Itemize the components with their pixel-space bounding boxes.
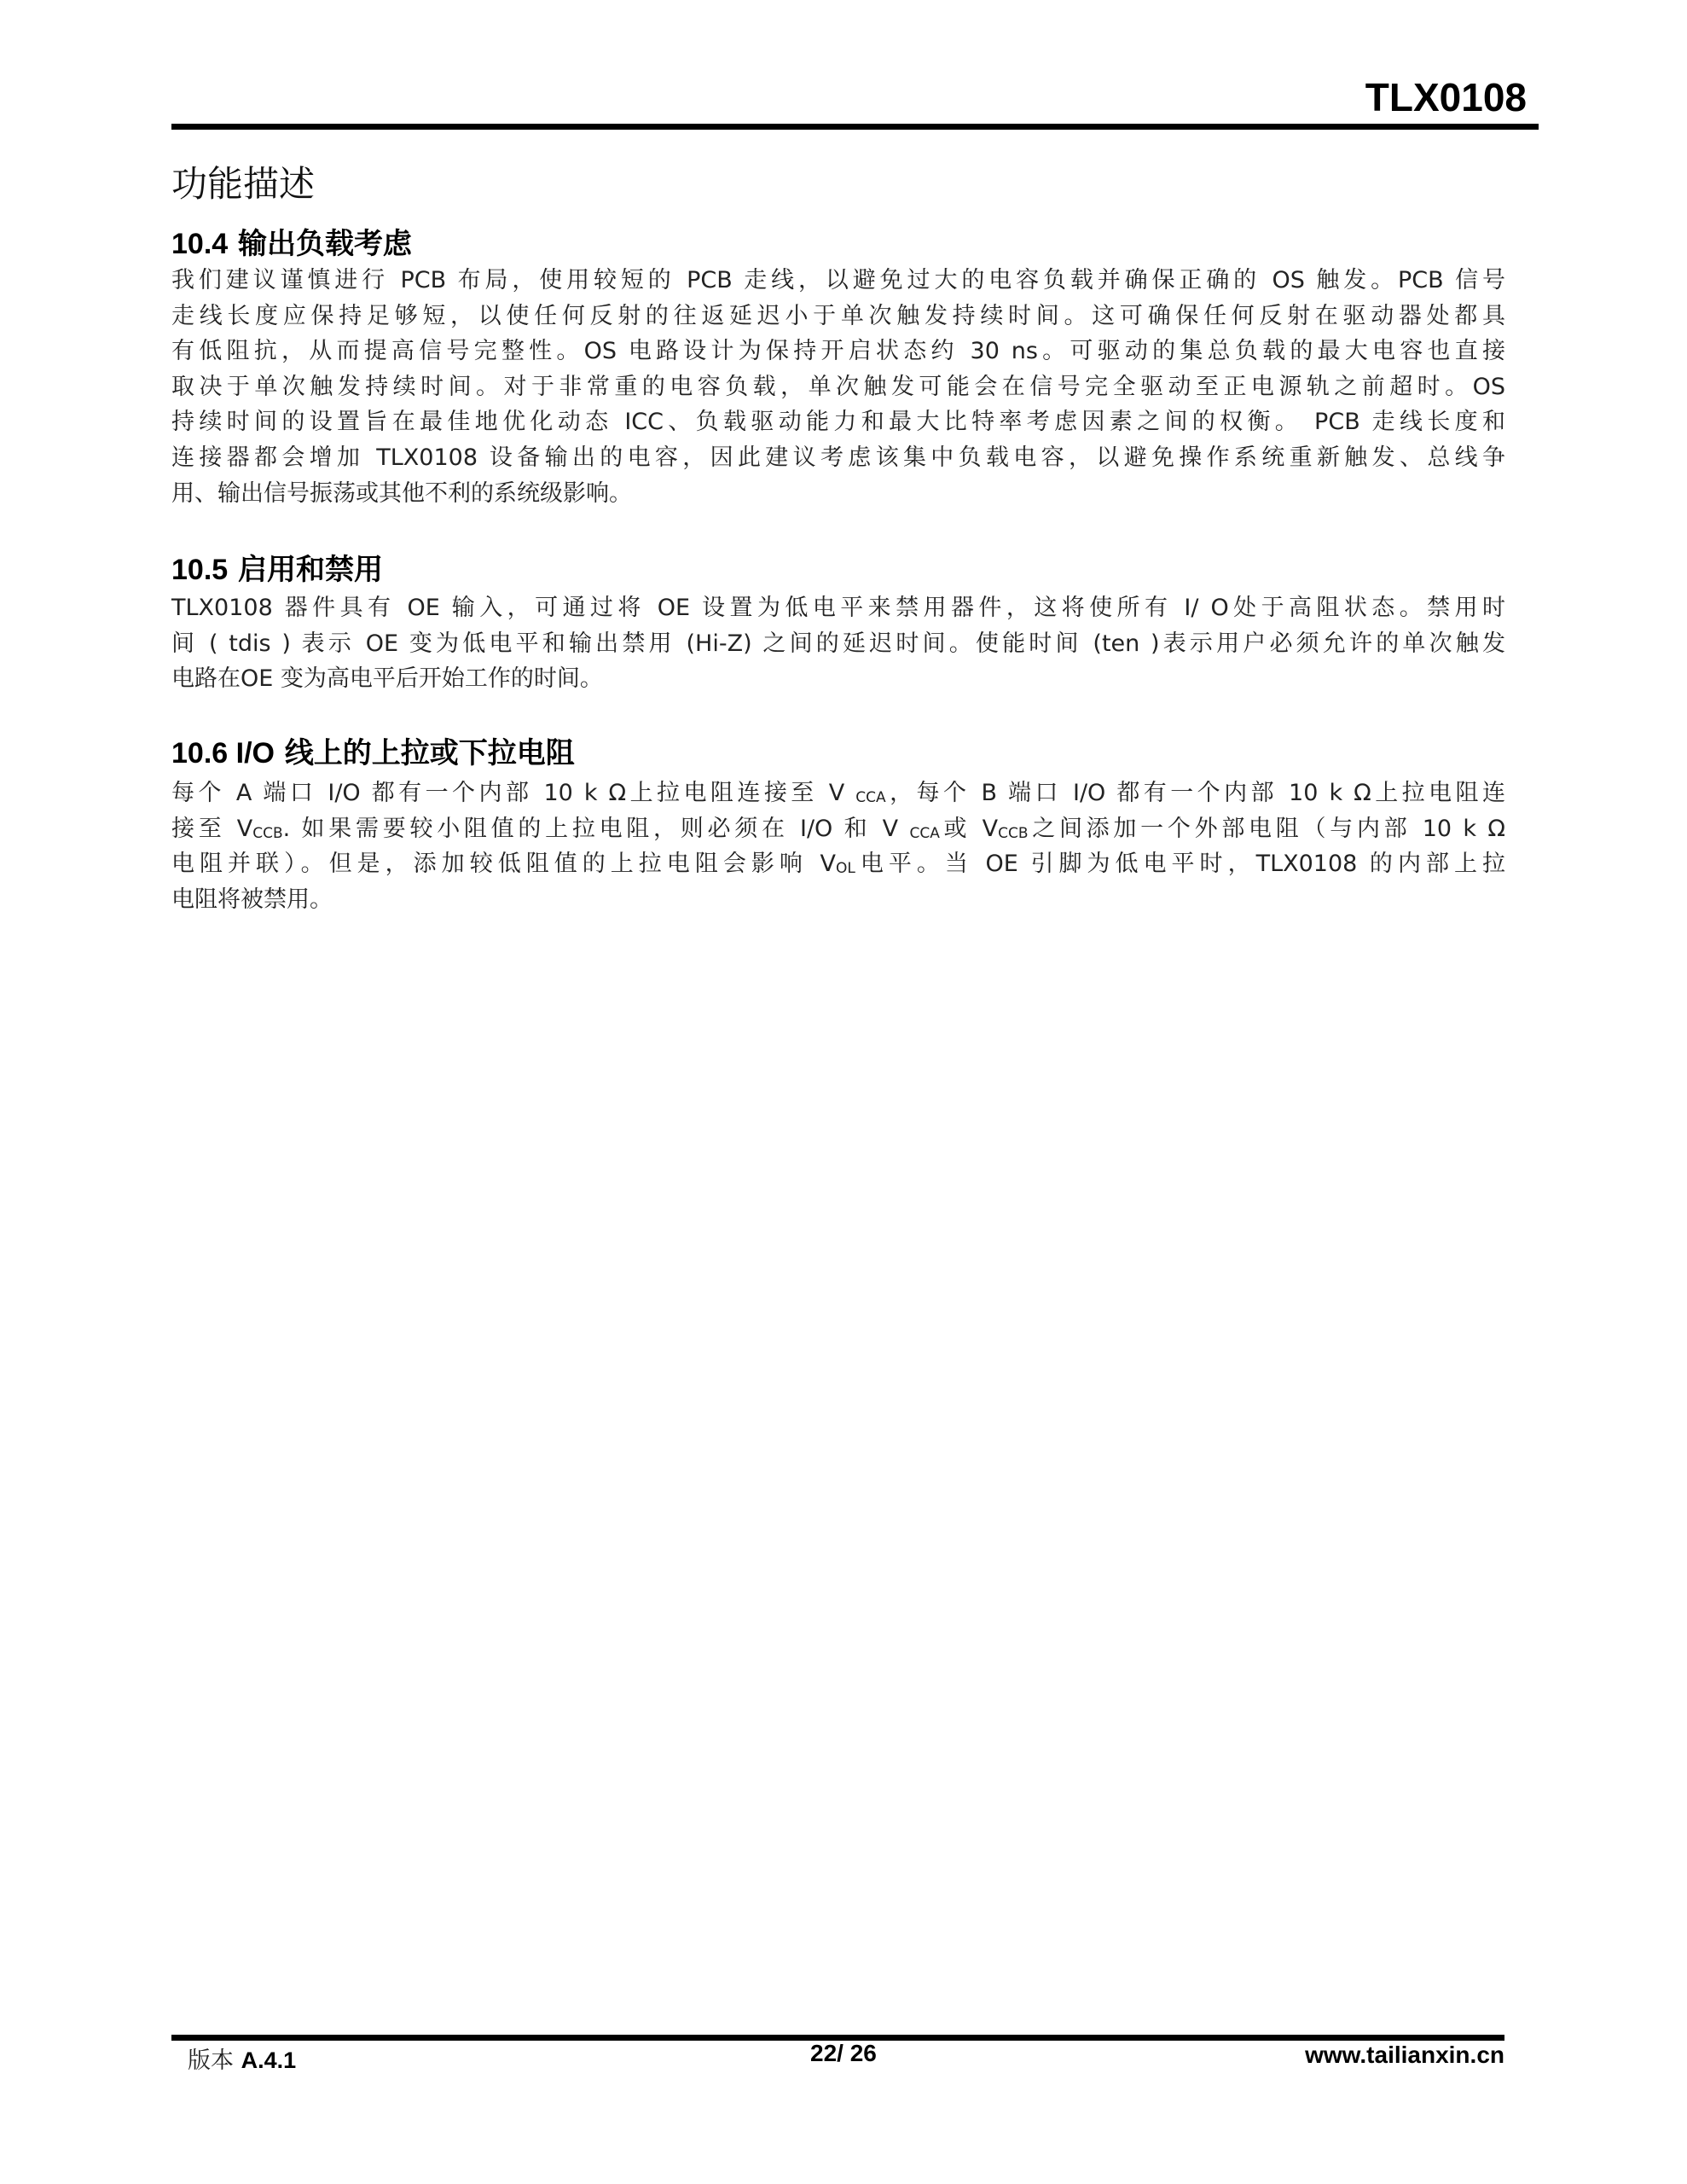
- text-line: 电路在OE 变为高电平后开始工作的时间。: [171, 661, 1505, 697]
- page-number: 22/ 26: [810, 2036, 877, 2071]
- text-run: 之间添加一个外部电阻（与内部 10 k Ω: [1028, 816, 1505, 842]
- footer-version: 版本 A.4.1: [188, 2043, 296, 2078]
- header-rule: [171, 124, 1539, 130]
- paragraph-10-6: 每个 A 端口 I/O 都有一个内部 10 k Ω上拉电阻连接至 V CCA，每…: [171, 775, 1505, 917]
- paragraph-10-5: TLX0108 器件具有 OE 输入，可通过将 OE 设置为低电平来禁用器件，这…: [171, 590, 1505, 697]
- text-run: . 如果需要较小阻值的上拉电阻，则必须在 I/O 和 V: [283, 816, 910, 842]
- text-line: 间 ( tdis ) 表示 OE 变为低电平和输出禁用 (Hi-Z) 之间的延迟…: [171, 626, 1505, 662]
- heading-number: 10.4: [171, 228, 228, 260]
- text-run: 接至 V: [171, 816, 252, 842]
- text-line: 电阻并联）。但是，添加较低阻值的上拉电阻会影响 VOL电平。当 OE 引脚为低电…: [171, 846, 1505, 882]
- heading-text: 输出负载考虑: [238, 227, 412, 261]
- subscript-ccb: CCB: [998, 825, 1028, 842]
- text-line: 我们建议谨慎进行 PCB 布局，使用较短的 PCB 走线，以避免过大的电容负载并…: [171, 263, 1505, 299]
- paragraph-10-4: 我们建议谨慎进行 PCB 布局，使用较短的 PCB 走线，以避免过大的电容负载并…: [171, 263, 1505, 511]
- text-line: 走线长度应保持足够短，以使任何反射的往返延迟小于单次触发持续时间。这可确保任何反…: [171, 299, 1505, 334]
- text-line: 取决于单次触发持续时间。对于非常重的电容负载，单次触发可能会在信号完全驱动至正电…: [171, 369, 1505, 405]
- text-line: 电阻将被禁用。: [171, 882, 1505, 918]
- version-label: 版本: [188, 2047, 234, 2074]
- heading-10-4: 10.4 输出负载考虑: [171, 227, 412, 261]
- text-run: 电阻并联）。但是，添加较低阻值的上拉电阻会影响 V: [171, 851, 836, 877]
- heading-number: 10.6 I/O: [171, 737, 275, 770]
- text-line: 连接器都会增加 TLX0108 设备输出的电容，因此建议考虑该集中负载电容，以避…: [171, 440, 1505, 476]
- heading-text: 线上的上拉或下拉电阻: [285, 736, 575, 770]
- heading-number: 10.5: [171, 554, 228, 586]
- heading-text: 启用和禁用: [238, 553, 383, 587]
- subscript-ol: OL: [836, 860, 855, 877]
- heading-10-5: 10.5 启用和禁用: [171, 553, 383, 587]
- text-run: 电阻将被禁用。: [171, 886, 333, 913]
- text-run: ，每个 B 端口 I/O 都有一个内部 10 k Ω上拉电阻连: [886, 780, 1505, 806]
- document-title: TLX0108: [1365, 75, 1527, 119]
- text-line: 每个 A 端口 I/O 都有一个内部 10 k Ω上拉电阻连接至 V CCA，每…: [171, 775, 1505, 811]
- text-line: 用、输出信号振荡或其他不利的系统级影响。: [171, 476, 1505, 512]
- heading-10-6: 10.6 I/O 线上的上拉或下拉电阻: [171, 736, 575, 770]
- website-link[interactable]: www.tailianxin.cn: [1305, 2038, 1504, 2072]
- text-run: 每个 A 端口 I/O 都有一个内部 10 k Ω上拉电阻连接至 V: [171, 780, 855, 806]
- subscript-cca: CCA: [855, 789, 885, 806]
- text-run: 或 V: [940, 816, 998, 842]
- text-line: TLX0108 器件具有 OE 输入，可通过将 OE 设置为低电平来禁用器件，这…: [171, 590, 1505, 626]
- text-line: 持续时间的设置旨在最佳地优化动态 ICC、负载驱动能力和最大比特率考虑因素之间的…: [171, 404, 1505, 440]
- section-title: 功能描述: [171, 164, 315, 205]
- subscript-ccb: CCB: [252, 825, 282, 842]
- text-run: 电平。当 OE 引脚为低电平时，TLX0108 的内部上拉: [855, 851, 1505, 877]
- text-line: 有低阻抗，从而提高信号完整性。OS 电路设计为保持开启状态约 30 ns。可驱动…: [171, 334, 1505, 369]
- version-number: A.4.1: [241, 2047, 297, 2073]
- text-line: 接至 VCCB. 如果需要较小阻值的上拉电阻，则必须在 I/O 和 V CCA或…: [171, 811, 1505, 847]
- subscript-cca: CCA: [909, 825, 939, 842]
